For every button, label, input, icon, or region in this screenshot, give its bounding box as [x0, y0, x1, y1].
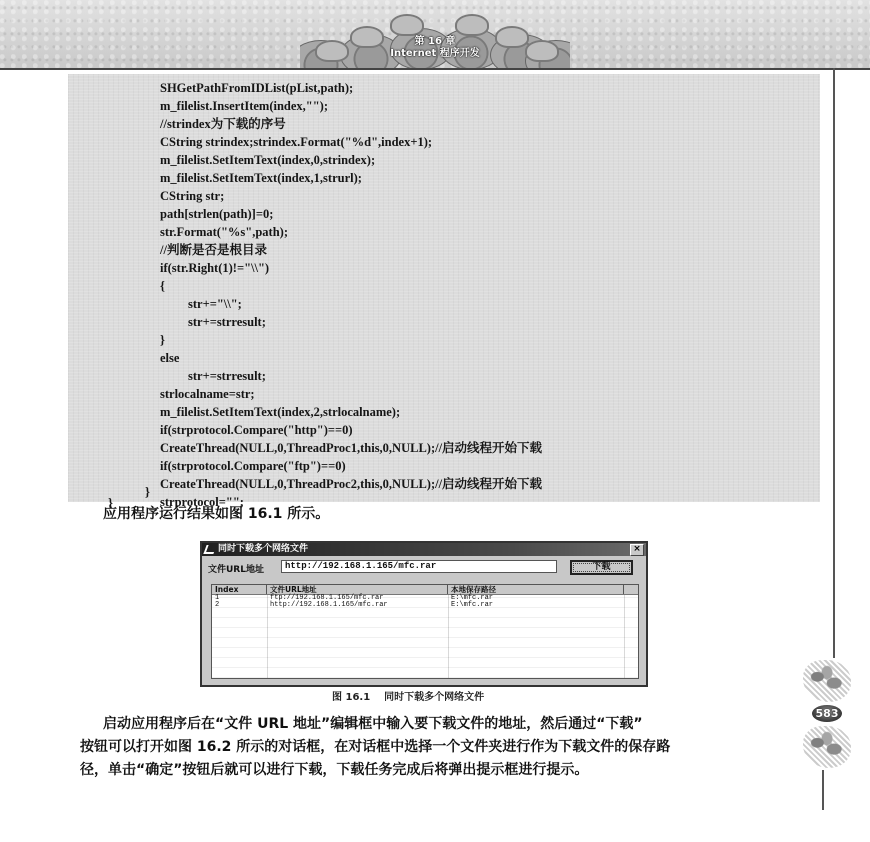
- cloud-shape: [525, 40, 559, 62]
- code-line: }: [160, 332, 165, 348]
- code-line: else: [160, 350, 179, 366]
- code-line: str+="\\";: [188, 296, 242, 312]
- code-line: if(strprotocol.Compare("http")==0): [160, 422, 353, 438]
- figure-caption: 图 16.1 同时下载多个网络文件: [332, 688, 484, 703]
- column-divider: [624, 595, 625, 678]
- column-header-filler: [624, 585, 638, 594]
- download-button[interactable]: 下载: [570, 560, 633, 575]
- code-line: str.Format("%s",path);: [160, 224, 288, 240]
- code-line: str+=strresult;: [188, 314, 266, 330]
- chapter-header-band: 第 16 章 Internet 程序开发: [0, 0, 870, 70]
- margin-rule: [822, 770, 824, 810]
- cell-index: 1: [212, 595, 267, 602]
- cloud-shape: [495, 26, 529, 48]
- code-line: CreateThread(NULL,0,ThreadProc2,this,0,N…: [160, 476, 542, 492]
- cloud-shape: [390, 14, 424, 36]
- app-icon: [203, 545, 216, 554]
- intro-text: 应用程序运行结果如图 16.1 所示。: [103, 503, 329, 526]
- code-line: CString str;: [160, 188, 224, 204]
- url-label: 文件URL地址: [208, 562, 264, 575]
- code-line: if(strprotocol.Compare("ftp")==0): [160, 458, 346, 474]
- code-line: //判断是否是根目录: [160, 242, 267, 258]
- dialog-titlebar: 同时下载多个网络文件 ×: [202, 543, 646, 556]
- column-header-url[interactable]: 文件URL地址: [267, 585, 448, 594]
- url-input[interactable]: http://192.168.1.165/mfc.rar: [281, 560, 557, 573]
- cloud-shape: [455, 14, 489, 36]
- page-number: 583: [812, 705, 842, 722]
- code-closing-brace: }: [145, 484, 150, 500]
- column-divider: [267, 595, 268, 678]
- cell-path: E:\mfc.rar: [448, 602, 624, 609]
- code-line: path[strlen(path)]=0;: [160, 206, 273, 222]
- code-line: m_filelist.SetItemText(index,0,strindex)…: [160, 152, 375, 168]
- chapter-number: 第 16 章: [370, 36, 500, 48]
- code-line: str+=strresult;: [188, 368, 266, 384]
- body-paragraph-line: 径，单击“确定”按钮后就可以进行下载，下载任务完成后将弹出提示框进行提示。: [80, 759, 588, 782]
- code-line: m_filelist.SetItemText(index,2,strlocaln…: [160, 404, 400, 420]
- code-listing: SHGetPathFromIDList(pList,path); m_filel…: [68, 74, 820, 502]
- code-line: m_filelist.SetItemText(index,1,strurl);: [160, 170, 362, 186]
- column-header-local-path[interactable]: 本地保存路径: [448, 585, 624, 594]
- code-line: if(str.Right(1)!="\\"): [160, 260, 269, 276]
- chapter-title: 第 16 章 Internet 程序开发: [370, 36, 500, 60]
- dragon-ornament: [803, 726, 851, 768]
- code-line: strlocalname=str;: [160, 386, 255, 402]
- download-dialog: 同时下载多个网络文件 × 文件URL地址 http://192.168.1.16…: [200, 541, 648, 687]
- body-paragraph-line: 启动应用程序后在“文件 URL 地址”编辑框中输入要下载文件的地址，然后通过“下…: [103, 713, 643, 736]
- cell-url: http://192.168.1.165/mfc.rar: [267, 602, 448, 609]
- margin-rule: [833, 68, 835, 658]
- close-button[interactable]: ×: [630, 544, 644, 556]
- code-line: SHGetPathFromIDList(pList,path);: [160, 80, 353, 96]
- dragon-ornament: [803, 660, 851, 702]
- code-line: CString strindex;strindex.Format("%d",in…: [160, 134, 432, 150]
- cloud-shape: [315, 40, 349, 62]
- dialog-title: 同时下载多个网络文件: [218, 544, 308, 554]
- chapter-name: Internet 程序开发: [370, 48, 500, 60]
- body-paragraph-line: 按钮可以打开如图 16.2 所示的对话框，在对话框中选择一个文件夹进行作为下载文…: [80, 736, 670, 759]
- download-list[interactable]: Index 文件URL地址 本地保存路径 1 ftp://192.168.1.1…: [211, 584, 639, 679]
- code-line: {: [160, 278, 165, 294]
- code-line: //strindex为下载的序号: [160, 116, 286, 132]
- cell-index: 2: [212, 602, 267, 609]
- code-line: CreateThread(NULL,0,ThreadProc1,this,0,N…: [160, 440, 542, 456]
- column-header-index[interactable]: Index: [212, 585, 267, 594]
- code-line: m_filelist.InsertItem(index,"");: [160, 98, 328, 114]
- column-divider: [448, 595, 449, 678]
- list-row[interactable]: 2 http://192.168.1.165/mfc.rar E:\mfc.ra…: [212, 602, 638, 609]
